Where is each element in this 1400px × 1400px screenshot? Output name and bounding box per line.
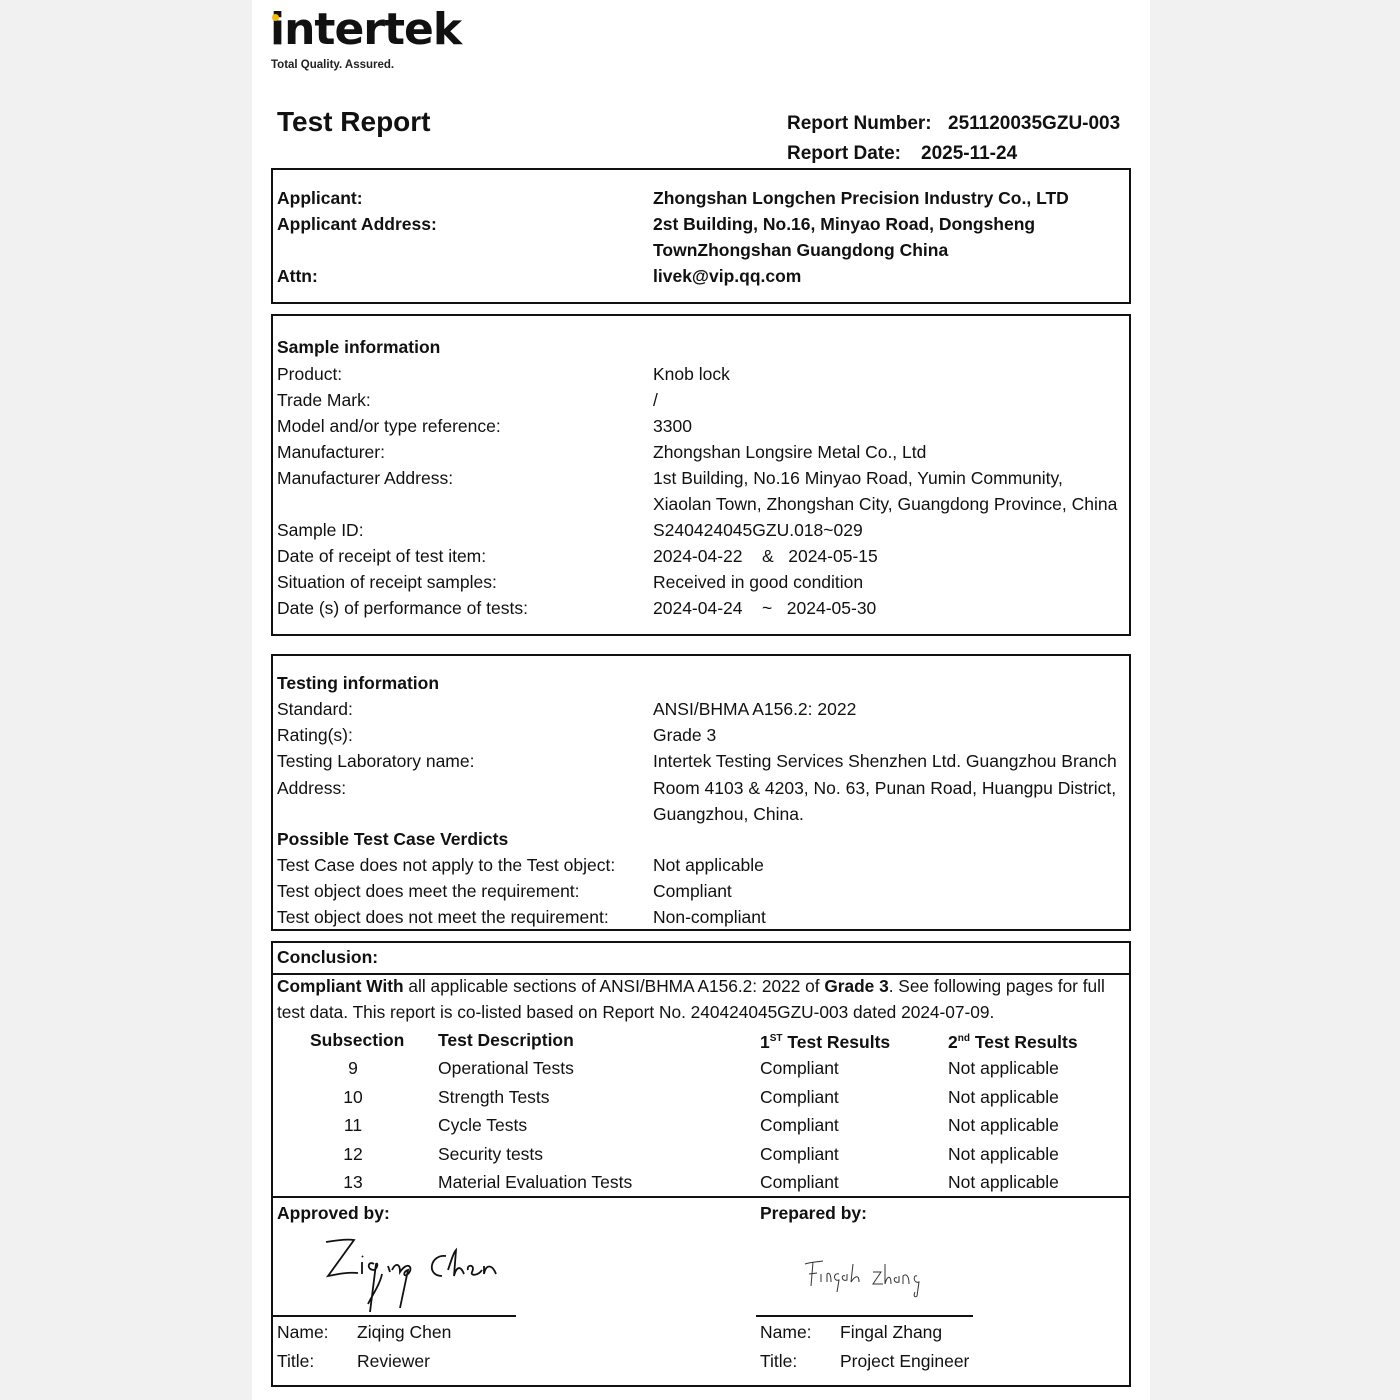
first-result-cell: Compliant — [760, 1087, 839, 1108]
first-result-cell: Compliant — [760, 1172, 839, 1193]
description-cell: Cycle Tests — [438, 1115, 527, 1136]
testing-row-value: Guangzhou, China. — [653, 804, 804, 825]
description-cell: Operational Tests — [438, 1058, 574, 1079]
sample-row-value: Knob lock — [653, 364, 730, 385]
sample-row-value: Zhongshan Longsire Metal Co., Ltd — [653, 442, 926, 463]
description-cell: Material Evaluation Tests — [438, 1172, 632, 1193]
testing-row-label: Rating(s): — [277, 725, 353, 746]
second-result-cell: Not applicable — [948, 1058, 1059, 1079]
logo-tagline: Total Quality. Assured. — [271, 59, 394, 71]
verdict-row-label: Test object does meet the requirement: — [277, 881, 580, 902]
preparer-title: Project Engineer — [840, 1351, 969, 1372]
sample-row-value: 2024-04-22 & 2024-05-15 — [653, 546, 878, 567]
testing-heading: Testing information — [277, 673, 439, 694]
approver-title: Reviewer — [357, 1351, 430, 1372]
sample-row-value: 2024-04-24 ~ 2024-05-30 — [653, 598, 876, 619]
verdict-row-value: Not applicable — [653, 855, 764, 876]
preparer-title-label: Title: — [760, 1351, 797, 1372]
logo-dot-icon — [272, 14, 279, 21]
sample-row-label: Manufacturer: — [277, 442, 385, 463]
sample-row-label: Sample ID: — [277, 520, 364, 541]
sample-row-label: Situation of receipt samples: — [277, 572, 497, 593]
sample-row-label: Date (s) of performance of tests: — [277, 598, 528, 619]
second-result-cell: Not applicable — [948, 1115, 1059, 1136]
sample-row-value: S240424045GZU.018~029 — [653, 520, 863, 541]
conclusion-box: Compliant With all applicable sections o… — [271, 973, 1131, 1198]
page-title: Test Report — [277, 106, 431, 138]
verdicts-heading: Possible Test Case Verdicts — [277, 829, 508, 850]
sample-row-label: Trade Mark: — [277, 390, 371, 411]
testing-info-box: Testing information Possible Test Case V… — [271, 654, 1131, 931]
sample-row-value: Xiaolan Town, Zhongshan City, Guangdong … — [653, 494, 1117, 515]
sample-row-value: 1st Building, No.16 Minyao Road, Yumin C… — [653, 468, 1063, 489]
sample-heading: Sample information — [277, 337, 440, 358]
report-date-label: Report Date: — [787, 143, 901, 165]
report-number-label: Report Number: — [787, 113, 932, 135]
verdict-row-value: Non-compliant — [653, 907, 766, 928]
testing-row-value: ANSI/BHMA A156.2: 2022 — [653, 699, 856, 720]
first-result-cell: Compliant — [760, 1144, 839, 1165]
report-page: intertek Total Quality. Assured. Test Re… — [252, 0, 1150, 1400]
preparer-name-label: Name: — [760, 1322, 812, 1343]
attn-value: livek@vip.qq.com — [653, 266, 801, 287]
signature-box: Approved by: Prepared by: Name: Ziqing C… — [271, 1196, 1131, 1387]
attn-label: Attn: — [277, 266, 318, 287]
applicant-box: Applicant: Zhongshan Longchen Precision … — [271, 168, 1131, 304]
applicant-address-label: Applicant Address: — [277, 214, 437, 235]
subsection-cell: 10 — [333, 1087, 373, 1108]
applicant-label: Applicant: — [277, 188, 363, 209]
conclusion-line1: Compliant With all applicable sections o… — [277, 976, 1105, 997]
first-result-cell: Compliant — [760, 1115, 839, 1136]
th-first-results: 1ST Test Results — [760, 1032, 890, 1053]
testing-row-value: Grade 3 — [653, 725, 716, 746]
subsection-cell: 11 — [333, 1115, 373, 1136]
preparer-signature — [801, 1256, 931, 1301]
prepared-by-heading: Prepared by: — [760, 1203, 867, 1224]
description-cell: Strength Tests — [438, 1087, 550, 1108]
conclusion-heading: Conclusion: — [277, 947, 378, 968]
sample-row-value: 3300 — [653, 416, 692, 437]
approver-signature-line — [273, 1315, 516, 1317]
sample-row-label: Date of receipt of test item: — [277, 546, 486, 567]
approved-by-heading: Approved by: — [277, 1203, 390, 1224]
sample-row-value: / — [653, 390, 658, 411]
preparer-signature-line — [756, 1315, 973, 1317]
logo-wordmark: intertek — [270, 4, 461, 55]
testing-row-label: Testing Laboratory name: — [277, 751, 474, 772]
subsection-cell: 13 — [333, 1172, 373, 1193]
approver-signature — [318, 1234, 508, 1314]
th-second-results: 2nd Test Results — [948, 1032, 1078, 1053]
testing-row-value: Intertek Testing Services Shenzhen Ltd. … — [653, 751, 1117, 772]
conclusion-line2: test data. This report is co-listed base… — [277, 1002, 994, 1023]
testing-row-value: Room 4103 & 4203, No. 63, Punan Road, Hu… — [653, 778, 1116, 799]
applicant-address-line2: TownZhongshan Guangdong China — [653, 240, 948, 261]
approver-title-label: Title: — [277, 1351, 314, 1372]
verdict-row-label: Test object does not meet the requiremen… — [277, 907, 609, 928]
preparer-name: Fingal Zhang — [840, 1322, 942, 1343]
subsection-cell: 9 — [333, 1058, 373, 1079]
th-subsection: Subsection — [310, 1030, 404, 1051]
description-cell: Security tests — [438, 1144, 543, 1165]
report-number: 251120035GZU-003 — [948, 113, 1120, 135]
applicant-address-line1: 2st Building, No.16, Minyao Road, Dongsh… — [653, 214, 1035, 235]
sample-row-label: Model and/or type reference: — [277, 416, 501, 437]
conclusion-heading-box: Conclusion: — [271, 941, 1131, 975]
testing-row-label: Address: — [277, 778, 346, 799]
testing-row-label: Standard: — [277, 699, 353, 720]
report-date: 2025-11-24 — [921, 143, 1017, 165]
applicant-value: Zhongshan Longchen Precision Industry Co… — [653, 188, 1069, 209]
approver-name-label: Name: — [277, 1322, 329, 1343]
second-result-cell: Not applicable — [948, 1087, 1059, 1108]
verdict-row-label: Test Case does not apply to the Test obj… — [277, 855, 615, 876]
second-result-cell: Not applicable — [948, 1172, 1059, 1193]
sample-info-box: Sample information Product:Knob lockTrad… — [271, 314, 1131, 636]
sample-row-label: Product: — [277, 364, 342, 385]
verdict-row-value: Compliant — [653, 881, 732, 902]
th-description: Test Description — [438, 1030, 574, 1051]
second-result-cell: Not applicable — [948, 1144, 1059, 1165]
sample-row-value: Received in good condition — [653, 572, 863, 593]
subsection-cell: 12 — [333, 1144, 373, 1165]
first-result-cell: Compliant — [760, 1058, 839, 1079]
approver-name: Ziqing Chen — [357, 1322, 451, 1343]
sample-row-label: Manufacturer Address: — [277, 468, 453, 489]
